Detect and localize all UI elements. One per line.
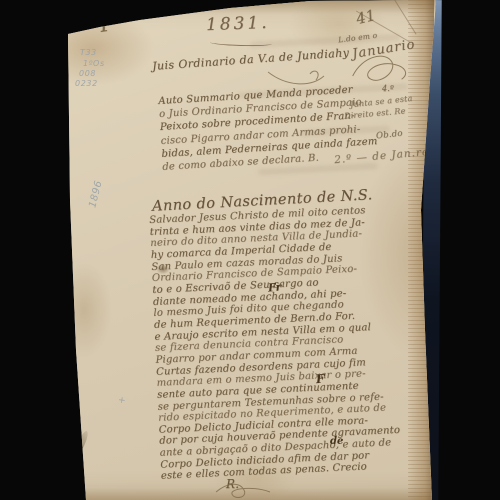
pencil-code: 0232 — [75, 79, 98, 88]
ink-overwrite-mark: Fr — [267, 280, 282, 294]
pencil-code: 1ºOs — [83, 59, 105, 68]
lancado-note: L.do em o — [338, 31, 378, 45]
closing-flourish — [214, 480, 274, 500]
margin-note-line: Ob.do — [376, 129, 404, 142]
ink-smudge — [73, 430, 90, 457]
sideways-pencil-number: 1896 — [87, 179, 104, 209]
plus-mark: + — [117, 395, 126, 406]
ink-overwrite-mark: F — [316, 372, 325, 387]
pencil-code: 008 — [79, 69, 96, 78]
corner-letter-mark: F — [98, 11, 115, 37]
small-ink-mark: 4.º — [382, 84, 394, 93]
manuscript-scan: F 1831. 41 L.do em o Januario T33 1ºOs 0… — [0, 0, 500, 500]
pencil-code: T33 — [80, 48, 97, 57]
ink-overwrite-mark: de — [330, 436, 343, 447]
act-body-paragraph: Salvador Jesus Christo de mil oito cento… — [149, 204, 402, 483]
year-heading: 1831. — [206, 13, 270, 35]
